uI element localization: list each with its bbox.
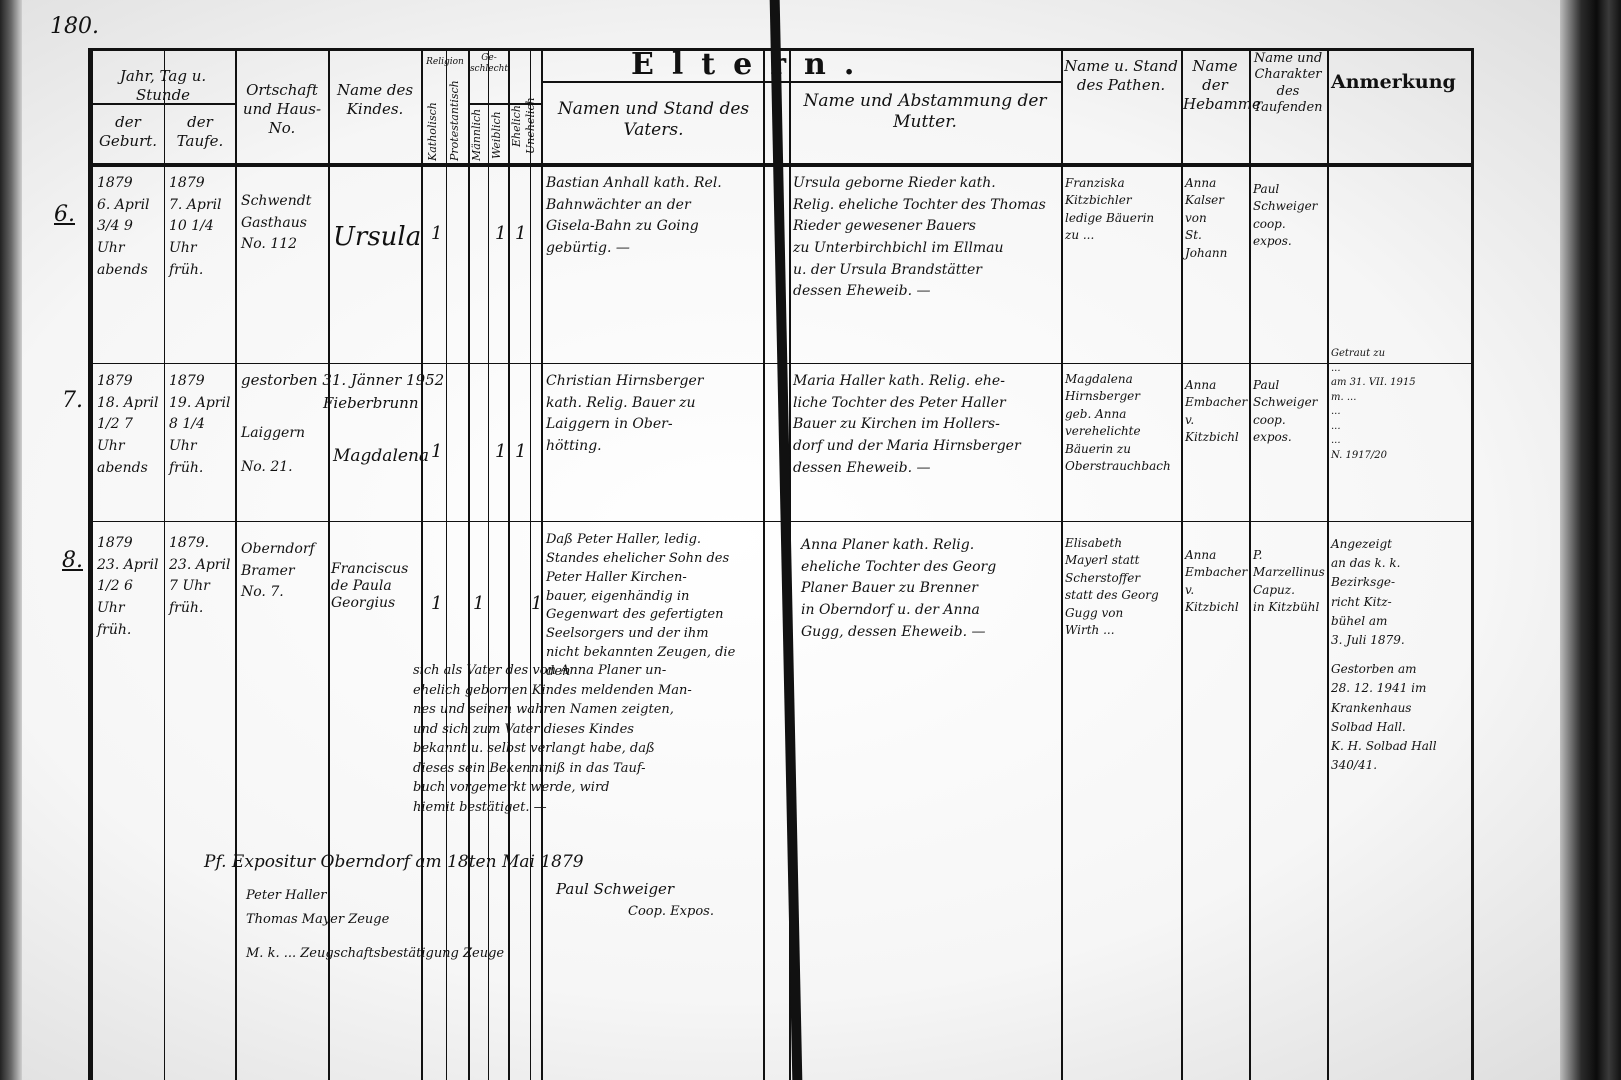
text-line: kath. Relig. Bauer zu — [546, 393, 761, 415]
entry-7-mother: Maria Haller kath. Relig. ehe- liche Toc… — [793, 371, 1059, 479]
place-line: Oberndorf — [241, 539, 325, 561]
header-remarks: Anmerkung — [1331, 71, 1456, 93]
text-line: Gegenwart des gefertigten — [546, 606, 761, 625]
text-line: Gugg von — [1065, 605, 1177, 622]
text-line: bühel am — [1331, 612, 1439, 631]
text-line: Krankenhaus — [1331, 699, 1439, 718]
entry-8-illegitimate-mark: 1 — [531, 593, 542, 614]
birth-daytime: früh. — [97, 620, 163, 642]
baptism-hour: 10 1/4 Uhr — [169, 216, 233, 259]
house-number: No. 112 — [241, 234, 325, 256]
text-line: 28. 12. 1941 im — [1331, 679, 1439, 698]
entry-6-legitimate-mark: 1 — [515, 223, 526, 244]
text-line: Rieder gewesener Bauers — [793, 216, 1059, 238]
birth-date: 18. April — [97, 393, 163, 415]
entry-8-mother: Anna Planer kath. Relig. eheliche Tochte… — [801, 535, 1059, 643]
text-line: geb. Anna — [1065, 406, 1177, 423]
text-line: m. ... — [1331, 391, 1435, 406]
header-female: Weiblich — [490, 109, 508, 161]
text-line: Seelsorgers und der ihm — [546, 625, 761, 644]
column-divider — [235, 51, 237, 1080]
text-line: P. Marzellinus — [1253, 547, 1325, 582]
text-line: eheliche Tochter des Georg — [801, 557, 1059, 579]
birth-date: 23. April — [97, 555, 163, 577]
text-line: dessen Eheweib. — — [793, 458, 1059, 480]
column-divider — [488, 51, 489, 1080]
header-godparents: Name u. Stand des Pathen. — [1063, 57, 1179, 95]
text-line: in Oberndorf u. der Anna — [801, 600, 1059, 622]
book-edge-right — [1560, 0, 1621, 1080]
column-divider — [421, 51, 423, 1080]
entry-7-birth: 1879 18. April 1/2 7 Uhr abends — [97, 371, 163, 479]
entry-7-father: Christian Hirnsberger kath. Relig. Bauer… — [546, 371, 761, 458]
house-number: No. 7. — [241, 582, 325, 604]
witness-2: Thomas Mayer Zeuge — [246, 912, 389, 927]
baptism-date: 23. April — [169, 555, 233, 577]
text-line: am 31. VII. 1915 — [1331, 376, 1435, 391]
text-line: liche Tochter des Peter Haller — [793, 393, 1059, 415]
column-divider — [508, 51, 510, 1080]
column-divider — [468, 51, 470, 1080]
entry-8-male-mark: 1 — [473, 593, 484, 614]
entry-7-catholic-mark: 1 — [431, 441, 442, 462]
text-line: N. 1917/20 — [1331, 449, 1435, 464]
text-line: Kitzbichl — [1185, 599, 1247, 616]
entry-6-father: Bastian Anhall kath. Rel. Bahnwächter an… — [546, 173, 761, 260]
text-line: richt Kitz- — [1331, 593, 1439, 612]
text-line: Georgius — [331, 595, 419, 612]
text-line: coop. expos. — [1253, 216, 1325, 251]
column-divider — [541, 51, 543, 1080]
text-line: Planer Bauer zu Brenner — [801, 578, 1059, 600]
entry-7-child-name: Magdalena — [333, 443, 429, 469]
header-religion: Religion — [422, 57, 468, 68]
witness-note: M. k. ... Zeugschaftsbestätigung Zeuge — [246, 946, 504, 961]
text-line: sich als Vater des von Anna Planer un- — [413, 661, 763, 681]
birth-year: 1879 — [97, 371, 163, 393]
entry-6-female-mark: 1 — [495, 223, 506, 244]
column-divider — [530, 51, 531, 1080]
baptism-daytime: früh. — [169, 458, 233, 480]
header-catholic: Katholisch — [426, 109, 444, 161]
header-date-time: Jahr, Tag u. Stunde — [93, 67, 233, 105]
text-line: coop. expos. — [1253, 412, 1325, 447]
page-number: 180. — [50, 14, 99, 39]
text-line: in Kitzbühl — [1253, 599, 1325, 616]
column-divider — [1327, 51, 1329, 1080]
text-line: Ursula geborne Rieder kath. — [793, 173, 1059, 195]
text-line: Bäuerin zu — [1065, 441, 1177, 458]
text-line: zu Unterbirchbichl im Ellmau — [793, 238, 1059, 260]
baptism-date: 19. April — [169, 393, 233, 415]
text-line: dorf und der Maria Hirnsberger — [793, 436, 1059, 458]
entry-6-birth: 1879 6. April 3/4 9 Uhr abends — [97, 173, 163, 281]
baptism-hour: 7 Uhr — [169, 576, 233, 598]
column-divider — [1181, 51, 1183, 1080]
text-line: hiemit bestätiget. — — [413, 798, 763, 818]
header-child-name: Name des Kindes. — [330, 81, 420, 119]
text-line: Christian Hirnsberger — [546, 371, 761, 393]
text-line: Bezirksge- — [1331, 573, 1439, 592]
header-protestant: Protestantisch — [448, 109, 466, 161]
entry-8-catholic-mark: 1 — [431, 593, 442, 614]
header-baptism: der Taufe. — [166, 113, 234, 151]
entry-number: 8. — [62, 548, 83, 573]
signer-name: Paul Schweiger — [556, 880, 674, 898]
entry-8-remarks: Angezeigt an das k. k. Bezirksge- richt … — [1331, 535, 1439, 775]
header-sex: Ge-schlecht — [469, 53, 509, 76]
entry-7-legitimate-mark: 1 — [515, 441, 526, 462]
header-baptizer: Name und Charakter des Taufenden — [1251, 51, 1325, 116]
baptism-year: 1879 — [169, 371, 233, 393]
text-line: St. Johann — [1185, 227, 1247, 262]
birth-hour: 1/2 7 Uhr — [97, 414, 163, 457]
baptism-year: 1879. — [169, 533, 233, 555]
text-line: Anna — [1185, 547, 1247, 564]
entry-number: 7. — [62, 388, 83, 413]
entry-7-baptism: 1879 19. April 8 1/4 Uhr früh. — [169, 371, 233, 479]
baptism-date: 7. April — [169, 195, 233, 217]
entry-8-legitimation-note: sich als Vater des von Anna Planer un- e… — [413, 661, 763, 817]
column-divider — [1249, 51, 1251, 1080]
text-line: Kitzbichler — [1065, 192, 1177, 209]
text-line: Bahnwächter an der — [546, 195, 761, 217]
text-line: ... — [1331, 362, 1435, 377]
entry-7-midwife: Anna Embacher v. Kitzbichl — [1185, 377, 1247, 447]
signer-title: Coop. Expos. — [628, 904, 714, 919]
text-line: Franziska — [1065, 175, 1177, 192]
entry-7-place: Laiggern No. 21. — [241, 423, 325, 478]
text-line: 3. Juli 1879. — [1331, 631, 1439, 650]
text-line: hötting. — [546, 436, 761, 458]
text-line: Maria Haller kath. Relig. ehe- — [793, 371, 1059, 393]
column-divider — [91, 51, 93, 1080]
text-line: bekannt u. selbst verlangt habe, daß — [413, 739, 763, 759]
text-line: K. H. Solbad Hall — [1331, 737, 1439, 756]
header-illegitimate: Unehelich — [524, 91, 542, 161]
text-line: v. — [1185, 582, 1247, 599]
text-line: Magdalena — [1065, 371, 1177, 388]
column-divider — [164, 51, 165, 1080]
text-line: Anna Planer kath. Relig. — [801, 535, 1059, 557]
text-line: Gisela-Bahn zu Going — [546, 216, 761, 238]
entry-6-midwife: Anna Kalser von St. Johann — [1185, 175, 1247, 262]
text-line: Elisabeth — [1065, 535, 1177, 552]
text-line: Mayerl statt — [1065, 552, 1177, 569]
death-date: gestorben 31. Jänner 1952 — [241, 369, 491, 392]
text-line: Paul — [1253, 377, 1325, 394]
birth-daytime: abends — [97, 458, 163, 480]
text-line: nes und seinen wahren Namen zeigten, — [413, 700, 763, 720]
text-line: Hirnsberger — [1065, 388, 1177, 405]
entry-6-catholic-mark: 1 — [431, 223, 442, 244]
entry-7-remarks: Getraut zu ... am 31. VII. 1915 m. ... .… — [1331, 347, 1435, 463]
text-line: gebürtig. — — [546, 238, 761, 260]
entry-6-godparent: Franziska Kitzbichler ledige Bäuerin zu … — [1065, 175, 1177, 245]
text-line: Anna — [1185, 175, 1247, 192]
header-midwife: Name der Hebamme — [1183, 57, 1247, 113]
text-line: buch vorgemerkt werde, wird — [413, 778, 763, 798]
entry-8-birth: 1879 23. April 1/2 6 Uhr früh. — [97, 533, 163, 641]
text-line: Bauer zu Kirchen im Hollers- — [793, 414, 1059, 436]
text-line: Kitzbichl — [1185, 429, 1247, 446]
birth-daytime: abends — [97, 260, 163, 282]
text-line: v. — [1185, 412, 1247, 429]
column-divider — [1061, 51, 1063, 1080]
header-parents: Eltern. — [631, 47, 872, 82]
text-line: Embacher — [1185, 394, 1247, 411]
birth-year: 1879 — [97, 533, 163, 555]
entry-6-baptism: 1879 7. April 10 1/4 Uhr früh. — [169, 173, 233, 281]
baptism-hour: 8 1/4 Uhr — [169, 414, 233, 457]
text-line: de Paula — [331, 578, 419, 595]
column-divider — [446, 51, 447, 1080]
text-line: Solbad Hall. — [1331, 718, 1439, 737]
entry-8-midwife: Anna Embacher v. Kitzbichl — [1185, 547, 1247, 617]
birth-year: 1879 — [97, 173, 163, 195]
text-line: Scherstoffer — [1065, 570, 1177, 587]
attestation-line: Pf. Expositur Oberndorf am 18ten Mai 187… — [204, 852, 584, 872]
text-line: Bastian Anhall kath. Rel. — [546, 173, 761, 195]
text-line: Wirth ... — [1065, 622, 1177, 639]
text-line: 340/41. — [1331, 756, 1439, 775]
entry-8-place: Oberndorf Bramer No. 7. — [241, 539, 325, 604]
text-line: bauer, eigenhändig in — [546, 588, 761, 607]
entry-8-father: Daß Peter Haller, ledig. Standes ehelich… — [546, 531, 761, 682]
text-line: Peter Haller Kirchen- — [546, 569, 761, 588]
text-line: ... — [1331, 405, 1435, 420]
text-line: Anna — [1185, 377, 1247, 394]
birth-date: 6. April — [97, 195, 163, 217]
place-line: Bramer — [241, 561, 325, 583]
text-line: ... — [1331, 434, 1435, 449]
text-line: Schweiger — [1253, 394, 1325, 411]
text-line: ehelich gebornen Kindes meldenden Man- — [413, 681, 763, 701]
text-line: und sich zum Vater dieses Kindes — [413, 720, 763, 740]
text-line: Kalser — [1185, 192, 1247, 209]
text-line: dessen Eheweib. — — [793, 281, 1059, 303]
text-line: Getraut zu — [1331, 347, 1435, 362]
entry-number: 6. — [54, 202, 75, 227]
place-line: Gasthaus — [241, 213, 325, 235]
text-line: von — [1185, 210, 1247, 227]
entry-7-female-mark: 1 — [495, 441, 506, 462]
book-edge-left — [0, 0, 22, 1080]
header-mother: Name und Abstammung der Mutter. — [791, 91, 1059, 134]
text-line: Daß Peter Haller, ledig. — [546, 531, 761, 550]
entry-7-baptizer: Paul Schweiger coop. expos. — [1253, 377, 1325, 447]
entry-6-mother: Ursula geborne Rieder kath. Relig. eheli… — [793, 173, 1059, 303]
baptism-year: 1879 — [169, 173, 233, 195]
text-line: Capuz. — [1253, 582, 1325, 599]
text-line: Standes ehelicher Sohn des — [546, 550, 761, 569]
text-line: Gugg, dessen Eheweib. — — [801, 622, 1059, 644]
header-place: Ortschaft und Haus-No. — [237, 81, 327, 137]
register-page: 180. Jahr, Tag u. Stunde der Geburt. der… — [0, 0, 1621, 1080]
entry-8-baptizer: P. Marzellinus Capuz. in Kitzbühl — [1253, 547, 1325, 617]
entry-6-baptizer: Paul Schweiger coop. expos. — [1253, 181, 1325, 251]
header-male: Männlich — [470, 109, 488, 161]
text-line: Gestorben am — [1331, 660, 1439, 679]
death-place: Fieberbrunn — [241, 392, 491, 415]
entry-7-godparent: Magdalena Hirnsberger geb. Anna vereheli… — [1065, 371, 1177, 475]
text-line: Oberstrauchbach — [1065, 458, 1177, 475]
header-father: Namen und Stand des Vaters. — [546, 99, 761, 142]
entry-8-child-name: Franciscus de Paula Georgius — [331, 561, 419, 611]
column-divider — [763, 51, 765, 1080]
header-birth: der Geburt. — [93, 113, 163, 151]
entry-8-godparent: Elisabeth Mayerl statt Scherstoffer stat… — [1065, 535, 1177, 639]
house-number: No. 21. — [241, 457, 325, 479]
text-line: ... — [1331, 420, 1435, 435]
text-line: Paul — [1253, 181, 1325, 198]
text-line: u. der Ursula Brandstätter — [793, 260, 1059, 282]
text-line: dieses sein Bekenntniß in das Tauf- — [413, 759, 763, 779]
place-line: Schwendt — [241, 191, 325, 213]
witness-1: Peter Haller — [246, 888, 326, 903]
text-line: an das k. k. — [1331, 554, 1439, 573]
text-line: ledige Bäuerin — [1065, 210, 1177, 227]
text-line: Franciscus — [331, 561, 419, 578]
entry-6-place: Schwendt Gasthaus No. 112 — [241, 191, 325, 256]
text-line: Laiggern in Ober- — [546, 414, 761, 436]
text-line: Schweiger — [1253, 198, 1325, 215]
baptism-daytime: früh. — [169, 598, 233, 620]
text-line: Embacher — [1185, 564, 1247, 581]
text-line: zu ... — [1065, 227, 1177, 244]
baptism-daytime: früh. — [169, 260, 233, 282]
text-line: statt des Georg — [1065, 587, 1177, 604]
text-line: verehelichte — [1065, 423, 1177, 440]
entry-7-death-note: gestorben 31. Jänner 1952 Fieberbrunn — [241, 369, 491, 416]
place-line: Laiggern — [241, 423, 325, 445]
birth-hour: 1/2 6 Uhr — [97, 576, 163, 619]
birth-hour: 3/4 9 Uhr — [97, 216, 163, 259]
text-line: Relig. eheliche Tochter des Thomas — [793, 195, 1059, 217]
text-line: Angezeigt — [1331, 535, 1439, 554]
entry-8-baptism: 1879. 23. April 7 Uhr früh. — [169, 533, 233, 620]
entry-6-child-name: Ursula — [333, 217, 421, 257]
